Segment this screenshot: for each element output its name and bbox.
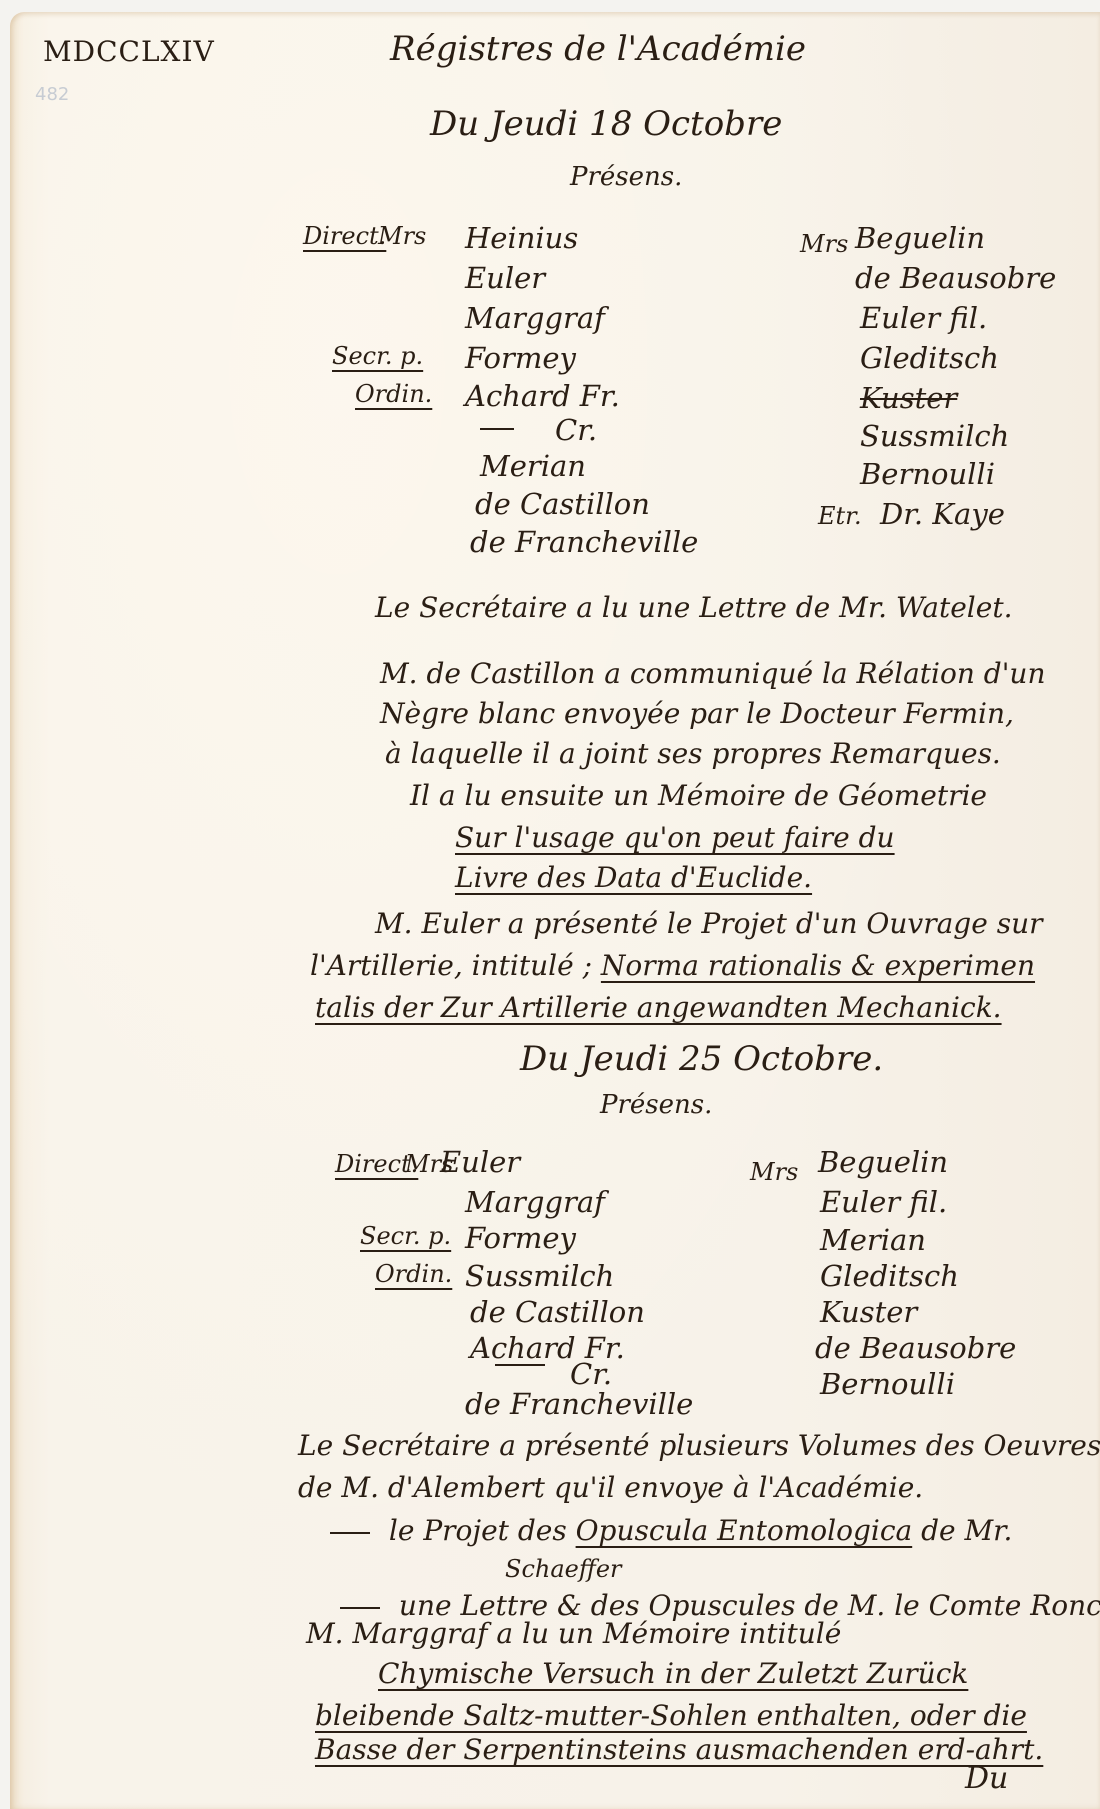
- attendee: Merian: [480, 452, 586, 481]
- memoir-title-line: Sur l'usage qu'on peut faire du: [455, 824, 895, 852]
- session-1-secretary-label: Secr. p.: [332, 344, 423, 368]
- attendee: Marggraf: [465, 1188, 605, 1217]
- session-2-secretary-label: Secr. p.: [360, 1224, 451, 1248]
- minute-text: l'Artillerie, intitulé ;: [310, 949, 592, 982]
- session-2-ordinary-label: Ordin.: [375, 1262, 452, 1286]
- minute-line: M. de Castillon a communiqué la Rélation…: [380, 660, 1045, 688]
- attendee: de Beausobre: [855, 264, 1056, 293]
- pencil-page-number: 482: [35, 84, 69, 105]
- minute-line: Le Secrétaire a lu une Lettre de Mr. Wat…: [375, 594, 1012, 622]
- attendee: Marggraf: [465, 304, 605, 333]
- session-1-director-label: Direct.: [303, 224, 386, 248]
- attendee: Heinius: [465, 224, 578, 253]
- minute-line: M. Marggraf a lu un Mémoire intitulé: [306, 1620, 841, 1648]
- register-title: Régistres de l'Académie: [390, 32, 806, 66]
- attendee-suffix: Cr.: [570, 1360, 612, 1389]
- session-2-present-heading: Présens.: [600, 1092, 712, 1118]
- attendee: de Castillon: [470, 1298, 645, 1327]
- minute-line: Le Secrétaire a présenté plusieurs Volum…: [298, 1432, 1100, 1460]
- attendee: Euler fil.: [820, 1188, 947, 1217]
- stranger-prefix: Etr.: [818, 504, 862, 528]
- attendee: Sussmilch: [465, 1262, 614, 1291]
- work-title: Norma rationalis & experimen: [601, 949, 1035, 982]
- attendee: Dr. Kaye: [880, 500, 1005, 529]
- year-roman-numeral: MDCCLXIV: [43, 38, 215, 66]
- memoir-title-line: Chymische Versuch in der Zuletzt Zurück: [378, 1660, 968, 1688]
- attendee: Kuster: [860, 384, 957, 413]
- item-dash: [330, 1532, 370, 1534]
- attendee: Euler: [465, 264, 545, 293]
- minute-line: Nègre blanc envoyée par le Docteur Fermi…: [380, 700, 1014, 728]
- attendee: de Francheville: [465, 1390, 693, 1419]
- minute-line: à laquelle il a joint ses propres Remarq…: [385, 740, 1001, 768]
- minute-text: de Mr.: [921, 1514, 1012, 1547]
- attendee: Euler: [440, 1148, 520, 1177]
- separator-dash: [495, 1364, 545, 1366]
- work-title: Opuscula Entomologica: [576, 1514, 913, 1547]
- minute-line: l'Artillerie, intitulé ; Norma rationali…: [310, 952, 1035, 980]
- attendee: Formey: [465, 344, 576, 373]
- attendee-suffix: Cr.: [555, 416, 597, 445]
- attendee: Merian: [820, 1226, 926, 1255]
- session-1-present-heading: Présens.: [570, 164, 682, 190]
- session-1-messieurs-prefix: Mrs: [378, 224, 426, 248]
- minute-line: Il a lu ensuite un Mémoire de Géometrie: [410, 782, 987, 810]
- memoir-title-line: Livre des Data d'Euclide.: [455, 864, 812, 892]
- attendee: Euler fil.: [860, 304, 987, 333]
- attendee: Gleditsch: [820, 1262, 959, 1291]
- session-2-date: Du Jeudi 25 Octobre.: [520, 1042, 883, 1076]
- catchword: Du: [965, 1764, 1008, 1794]
- separator-dash: [480, 428, 514, 430]
- minute-line: Schaeffer: [505, 1557, 622, 1581]
- attendee: Beguelin: [855, 224, 985, 253]
- attendee: Gleditsch: [860, 344, 999, 373]
- attendee: Formey: [465, 1224, 576, 1253]
- minute-line: le Projet des Opuscula Entomologica de M…: [330, 1517, 1012, 1545]
- work-title-line: talis der Zur Artillerie angewandten Mec…: [315, 994, 1002, 1022]
- memoir-title-line: Basse der Serpentinsteins ausmachenden e…: [315, 1736, 1043, 1764]
- session-1-ordinary-label: Ordin.: [355, 382, 432, 406]
- minute-text: le Projet des: [389, 1514, 567, 1547]
- manuscript-page: MDCCLXIV 482 Régistres de l'Académie Du …: [10, 12, 1100, 1809]
- memoir-title-line: bleibende Saltz-mutter-Sohlen enthalten,…: [315, 1702, 1027, 1730]
- session-1-right-prefix: Mrs: [800, 232, 848, 256]
- session-1-date: Du Jeudi 18 Octobre: [430, 107, 782, 141]
- minute-line: M. Euler a présenté le Projet d'un Ouvra…: [375, 910, 1043, 938]
- attendee: Bernoulli: [860, 460, 995, 489]
- attendee: de Francheville: [470, 528, 698, 557]
- item-dash: [340, 1607, 380, 1609]
- attendee: de Beausobre: [815, 1334, 1016, 1363]
- session-2-right-prefix: Mrs: [750, 1160, 798, 1184]
- attendee: Bernoulli: [820, 1370, 955, 1399]
- minute-line: de M. d'Alembert qu'il envoye à l'Académ…: [298, 1474, 923, 1502]
- attendee: Sussmilch: [860, 422, 1009, 451]
- attendee: Achard Fr.: [465, 382, 620, 411]
- attendee: Kuster: [820, 1298, 917, 1327]
- attendee: de Castillon: [475, 490, 650, 519]
- minute-line: une Lettre & des Opuscules de M. le Comt…: [340, 1592, 1100, 1620]
- attendee: Beguelin: [818, 1148, 948, 1177]
